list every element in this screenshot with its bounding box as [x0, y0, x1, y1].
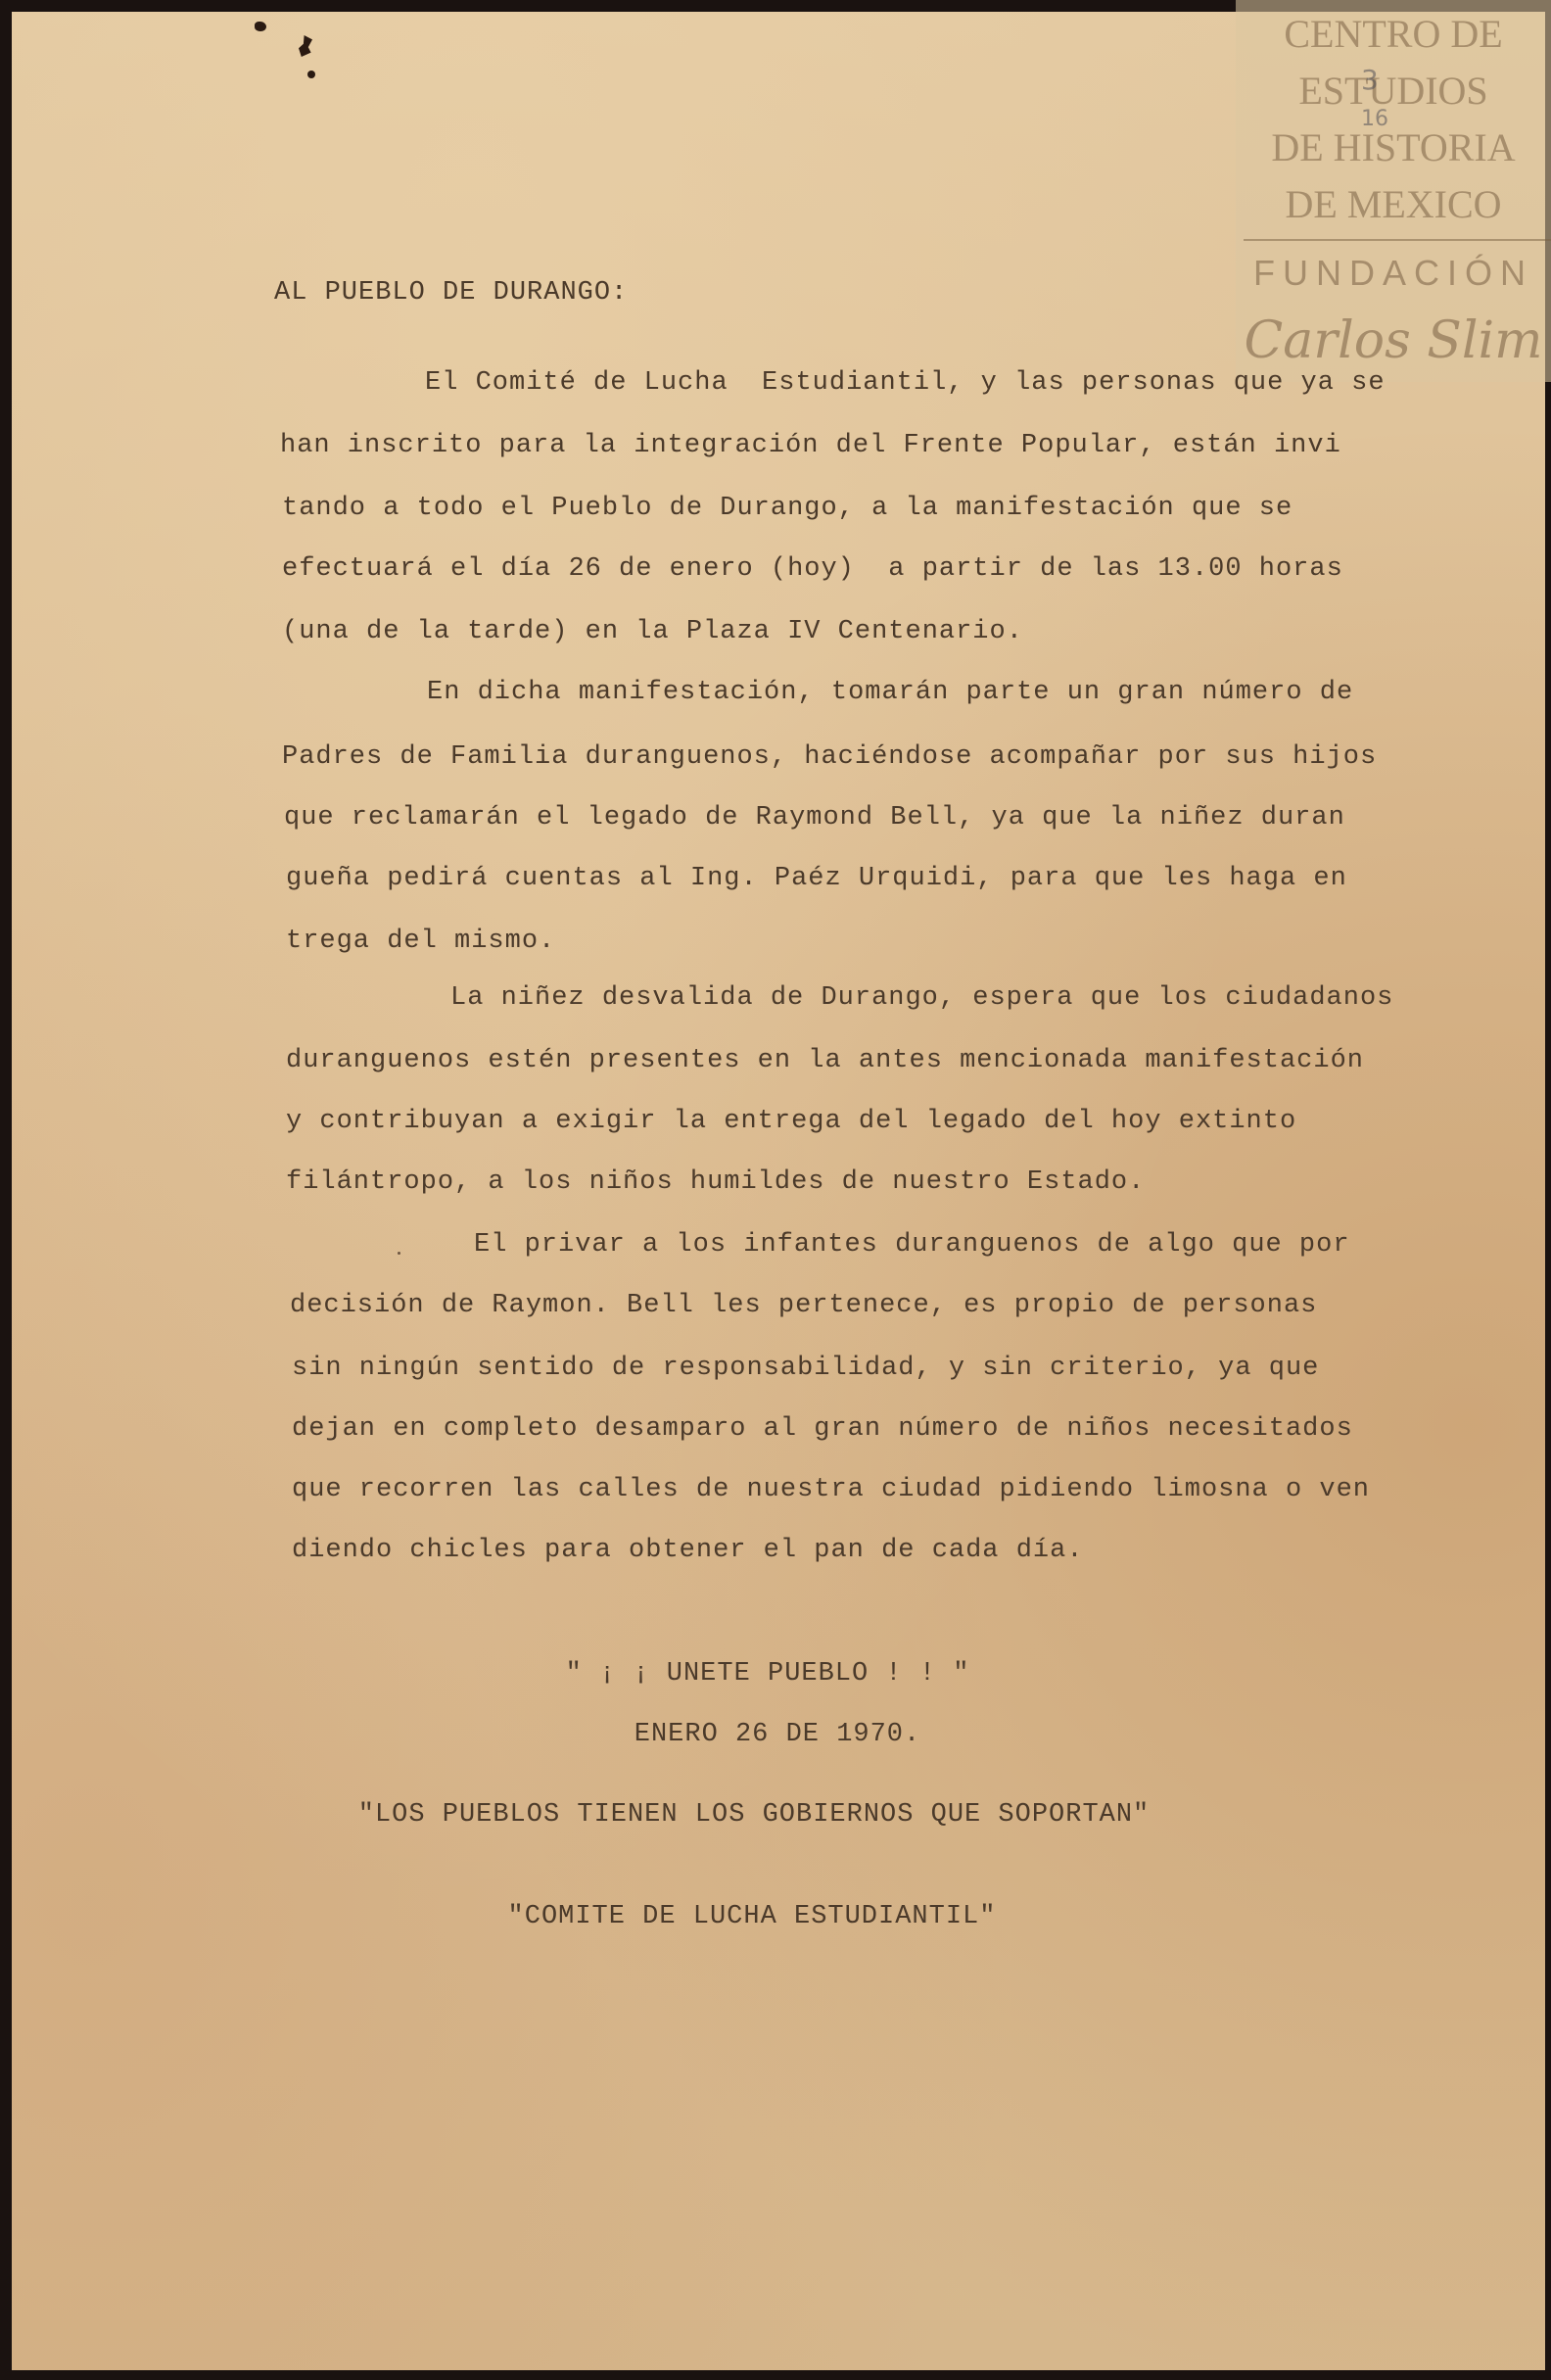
- paragraph-4-line: que recorren las calles de nuestra ciuda…: [292, 1475, 1370, 1504]
- watermark-foundation: FUNDACIÓN: [1236, 253, 1551, 294]
- watermark-line: DE HISTORIA: [1236, 119, 1551, 176]
- watermark-line: DE MEXICO: [1236, 176, 1551, 233]
- punch-hole: [307, 71, 315, 78]
- paragraph-3-line: La niñez desvalida de Durango, espera qu…: [450, 983, 1393, 1013]
- closing-motto: "LOS PUEBLOS TIENEN LOS GOBIERNOS QUE SO…: [0, 1800, 1529, 1830]
- archive-watermark: CENTRO DE ESTUDIOS DE HISTORIA DE MEXICO…: [1236, 0, 1551, 382]
- paragraph-2-line: trega del mismo.: [286, 927, 555, 956]
- paragraph-1-line: efectuará el día 26 de enero (hoy) a par…: [282, 554, 1343, 584]
- paragraph-2-line: gueña pedirá cuentas al Ing. Paéz Urquid…: [286, 864, 1347, 893]
- paragraph-3-line: filántropo, a los niños humildes de nues…: [286, 1167, 1145, 1197]
- punch-hole: [255, 22, 266, 31]
- closing-slogan: " ¡ ¡ UNETE PUEBLO ! ! ": [0, 1659, 1543, 1689]
- pencil-note: 3 16: [1361, 61, 1388, 139]
- paragraph-4-line: decisión de Raymon. Bell les pertenece, …: [290, 1291, 1317, 1320]
- salutation: AL PUEBLO DE DURANGO:: [274, 278, 628, 308]
- watermark-divider: [1244, 239, 1551, 241]
- paragraph-3-line: duranguenos estén presentes en la antes …: [286, 1046, 1364, 1075]
- paragraph-3-line: y contribuyan a exigir la entrega del le…: [286, 1107, 1296, 1136]
- paragraph-1-line: han inscrito para la integración del Fre…: [280, 431, 1341, 460]
- paragraph-2-line: En dicha manifestación, tomarán parte un…: [427, 678, 1353, 707]
- watermark-signature: Carlos Slim: [1236, 311, 1551, 370]
- paragraph-1-line: tando a todo el Pueblo de Durango, a la …: [282, 494, 1292, 523]
- paragraph-4-line: dejan en completo desamparo al gran núme…: [292, 1414, 1353, 1444]
- paragraph-4-line: El privar a los infantes duranguenos de …: [474, 1230, 1350, 1260]
- pencil-note-line: 16: [1361, 100, 1388, 139]
- paragraph-4-line: sin ningún sentido de responsabilidad, y…: [292, 1354, 1319, 1383]
- pencil-note-line: 3: [1361, 61, 1388, 100]
- watermark-line: CENTRO DE: [1236, 6, 1551, 63]
- paragraph-1-line: El Comité de Lucha Estudiantil, y las pe…: [425, 368, 1386, 398]
- paragraph-1-line: (una de la tarde) en la Plaza IV Centena…: [282, 617, 1023, 646]
- ink-dot: [398, 1252, 400, 1255]
- paragraph-2-line: Padres de Familia duranguenos, haciéndos…: [282, 742, 1377, 772]
- watermark-line: ESTUDIOS: [1236, 63, 1551, 119]
- paragraph-2-line: que reclamarán el legado de Raymond Bell…: [284, 803, 1345, 833]
- paragraph-4-line: diendo chicles para obtener el pan de ca…: [292, 1536, 1084, 1565]
- closing-date: ENERO 26 DE 1970.: [2, 1720, 1551, 1749]
- closing-signature: "COMITE DE LUCHA ESTUDIANTIL": [0, 1902, 1527, 1931]
